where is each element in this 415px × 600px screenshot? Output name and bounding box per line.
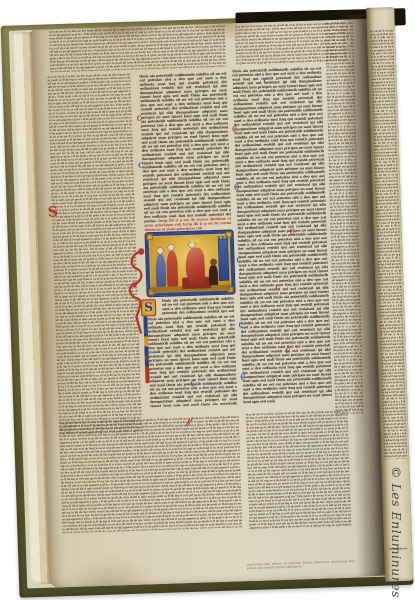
main-text: Omis aia potestatib sublimiorib subdita … bbox=[147, 314, 237, 407]
paraph-mark-icon: C bbox=[239, 323, 244, 329]
paraph-mark-icon: C bbox=[137, 116, 142, 122]
paraph-mark-icon: C bbox=[236, 258, 241, 264]
manuscript-page: ut p de iur li vi q hoc no ber in gl ult… bbox=[31, 19, 385, 588]
blue-tower bbox=[218, 238, 230, 280]
paraph-mark-icon: C bbox=[145, 355, 150, 361]
gloss-text: ut p de iur li vi q hoc no ber in gl ult… bbox=[246, 410, 352, 530]
miniature-illumination bbox=[146, 230, 235, 296]
paraph-mark-icon: C bbox=[290, 229, 295, 235]
top-gloss-left: ut p de iur li vi q hoc no ber in gl ult… bbox=[49, 25, 226, 73]
paraph-mark-icon: C bbox=[190, 381, 195, 387]
gloss-text: ut p de iur li vi q hoc no ber in gl ult… bbox=[59, 415, 243, 533]
gold-corner-icon bbox=[147, 234, 153, 240]
corrector-mark-icon bbox=[185, 417, 195, 427]
illuminated-initial: S bbox=[141, 299, 157, 316]
crown-icon bbox=[190, 237, 199, 242]
bottom-inscription: quaternus iste ptinet ad couentu fratru … bbox=[247, 560, 355, 577]
paraph-mark-icon: C bbox=[138, 163, 143, 169]
paraph-mark-icon: C bbox=[232, 127, 237, 133]
photo-canvas: { "watermark": { "text": "© Les Enluminu… bbox=[0, 0, 415, 600]
bottom-gloss-left: ut p de iur li vi q hoc no ber in gl ult… bbox=[59, 415, 243, 533]
paraph-mark-icon: C bbox=[234, 185, 239, 191]
paraph-mark-icon: C bbox=[275, 285, 280, 291]
attendant-figure-blue bbox=[155, 254, 167, 287]
copyright-watermark: © Les Enluminures bbox=[389, 466, 404, 598]
gloss-text: ut p de iur li vi q hoc no ber in gl ult… bbox=[49, 25, 226, 73]
paraph-mark-icon: C bbox=[285, 348, 290, 354]
attendant-figure-red bbox=[166, 250, 179, 287]
main-column-1-upper: Omis aia potestatib sublimiorib subdita … bbox=[139, 72, 231, 219]
paraph-mark-icon: C bbox=[240, 374, 245, 380]
kneeling-dark-figure bbox=[209, 265, 219, 286]
gloss-initial-letter: S bbox=[47, 205, 58, 220]
bottom-gloss-right: ut p de iur li vi q hoc no ber in gl ult… bbox=[246, 410, 352, 530]
main-column-2: Omis aia potestatib sublimiorib subdita … bbox=[232, 66, 332, 406]
paraph-mark-icon: C bbox=[144, 329, 149, 335]
paraph-mark-icon: C bbox=[264, 79, 269, 85]
main-column-1-lower-indent: Omis aia potestatib sublimiorib subdita … bbox=[162, 296, 235, 315]
inscription-text: quaternus iste ptinet ad couentu fratru … bbox=[247, 560, 355, 571]
rubric-text: pecias. Incip lib ii q est de rerum diui… bbox=[144, 217, 231, 233]
main-text: Omis aia potestatib sublimiorib subdita … bbox=[139, 72, 231, 219]
manuscript-book: ut p de iur li vi q hoc no ber in gl ult… bbox=[1, 13, 414, 598]
main-column-1-lower: Omis aia potestatib sublimiorib subdita … bbox=[147, 314, 237, 407]
main-text: Omis aia potestatib sublimiorib subdita … bbox=[232, 66, 332, 404]
main-text: Omis aia potestatib sublimiorib subdita … bbox=[162, 296, 235, 315]
rubric-line: Incip lib ii q est de rerum diuisione et… bbox=[144, 217, 231, 232]
enthroned-king-figure bbox=[185, 247, 205, 285]
